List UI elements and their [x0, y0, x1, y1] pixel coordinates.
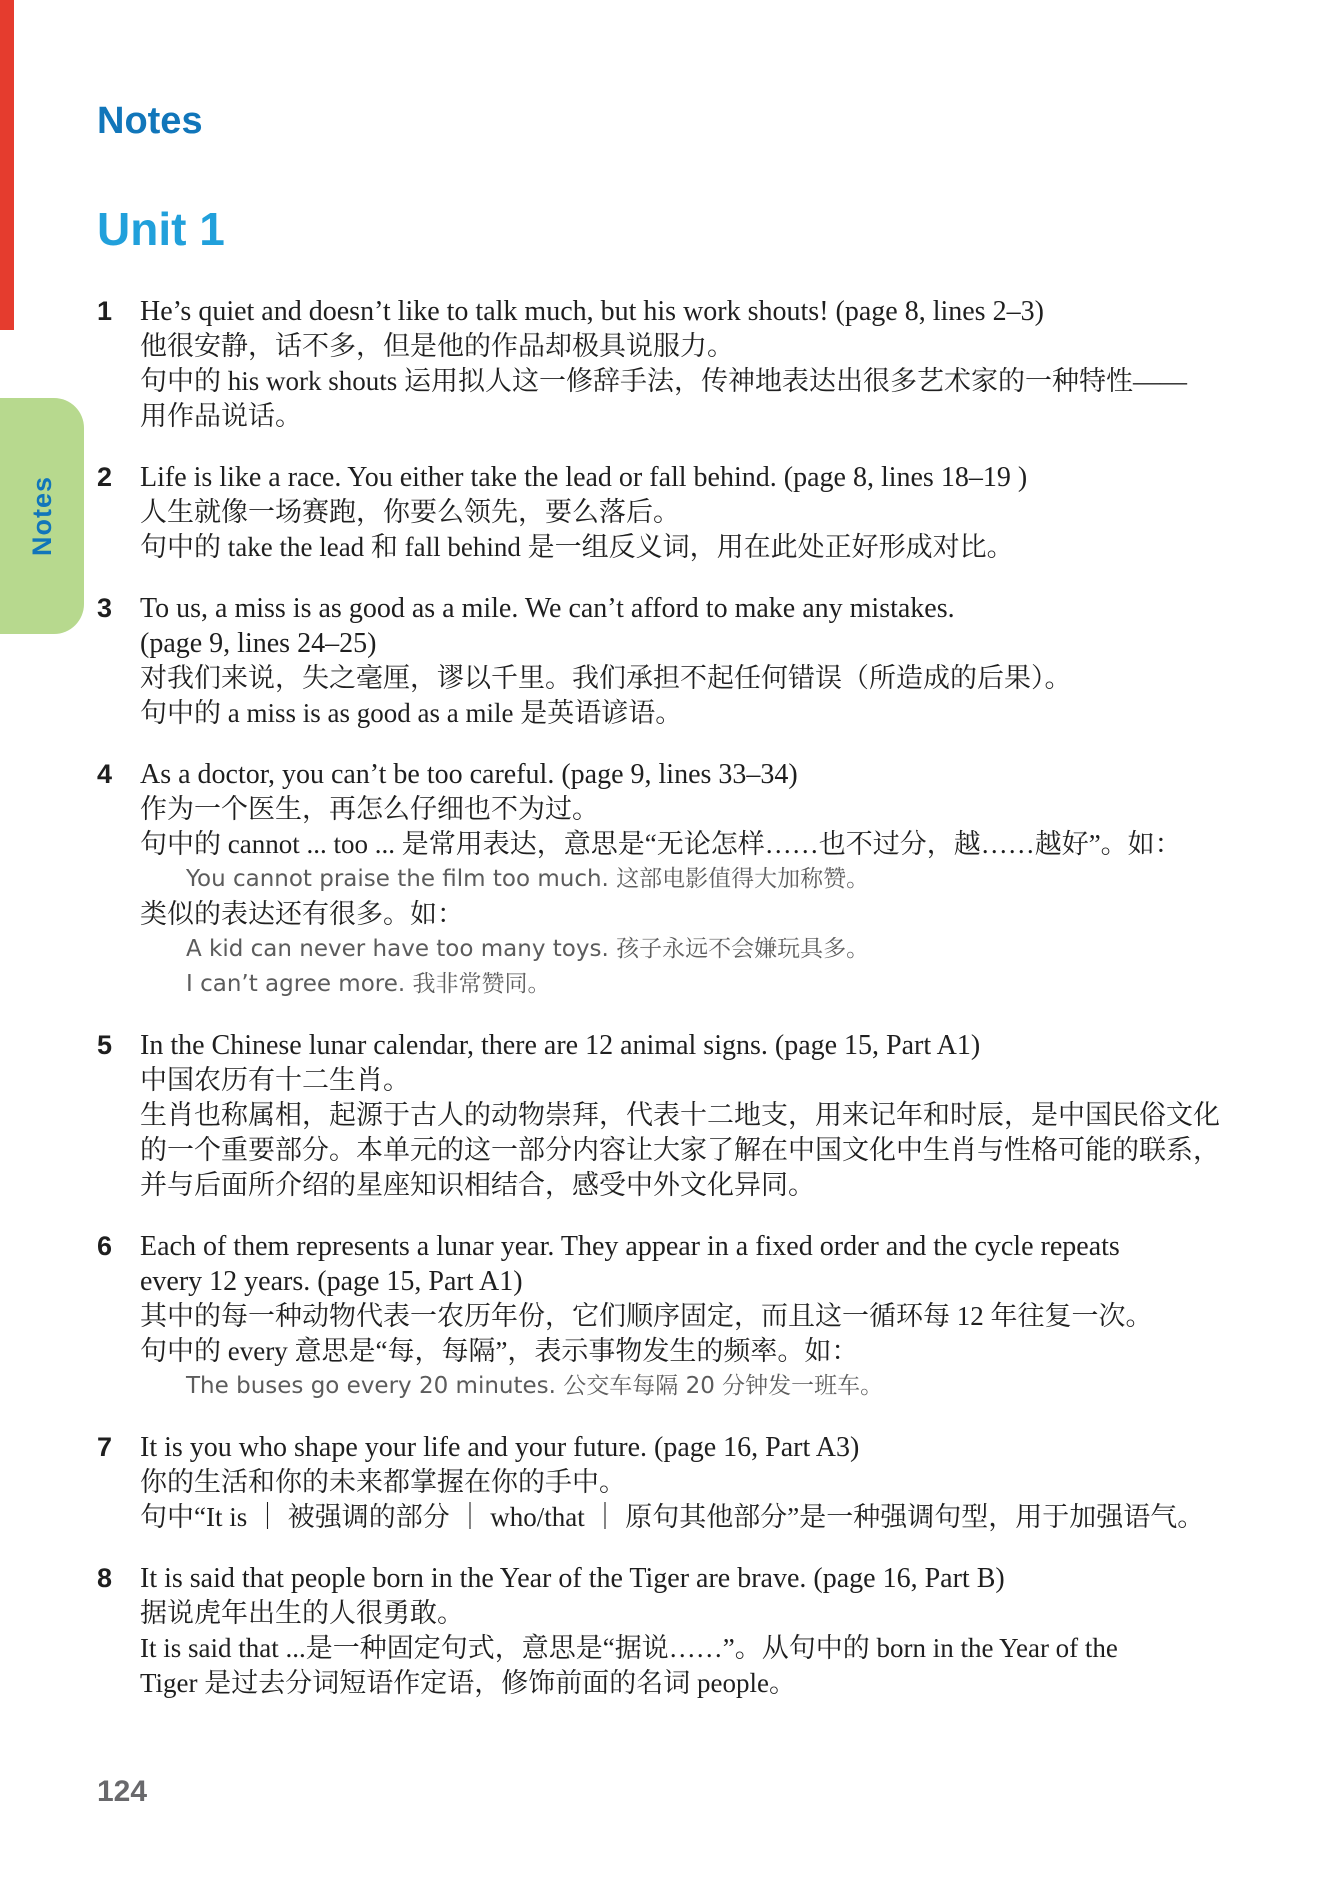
section-title: Notes — [97, 100, 1277, 142]
note-line: 句中的 his work shouts 运用拟人这一修辞手法，传神地表达出很多艺… — [140, 364, 1277, 399]
note-body: To us, a miss is as good as a mile. We c… — [140, 591, 1277, 731]
sidebar-tab-label: Notes — [27, 476, 58, 556]
note-line: (page 9, lines 24–25) — [140, 626, 1277, 661]
note-line: 他很安静，话不多，但是他的作品却极具说服力。 — [140, 329, 1277, 364]
note-body: It is said that people born in the Year … — [140, 1561, 1277, 1701]
note-line: Each of them represents a lunar year. Th… — [140, 1229, 1277, 1264]
note-body: Life is like a race. You either take the… — [140, 460, 1277, 565]
note-line: The buses go every 20 minutes. 公交车每隔 20 … — [140, 1369, 1277, 1404]
note-line: 你的生活和你的未来都掌握在你的手中。 — [140, 1465, 1277, 1500]
note-item: 1He’s quiet and doesn’t like to talk muc… — [97, 294, 1277, 434]
page-content: Notes Unit 1 1He’s quiet and doesn’t lik… — [97, 100, 1277, 1727]
note-line: 句中的 cannot ... too ... 是常用表达，意思是“无论怎样……也… — [140, 827, 1277, 862]
note-line: 中国农历有十二生肖。 — [140, 1063, 1277, 1098]
note-line: As a doctor, you can’t be too careful. (… — [140, 757, 1277, 792]
note-line: 的一个重要部分。本单元的这一部分内容让大家了解在中国文化中生肖与性格可能的联系， — [140, 1133, 1277, 1168]
note-line: 类似的表达还有很多。如： — [140, 897, 1277, 932]
note-line: 据说虎年出生的人很勇敢。 — [140, 1596, 1277, 1631]
note-line: 句中“It is ｜ 被强调的部分 ｜ who/that ｜ 原句其他部分”是一… — [140, 1500, 1277, 1535]
book-page: Notes Notes Unit 1 1He’s quiet and doesn… — [0, 0, 1332, 1885]
note-line: You cannot praise the film too much. 这部电… — [140, 862, 1277, 897]
note-item: 7It is you who shape your life and your … — [97, 1430, 1277, 1535]
note-item: 5In the Chinese lunar calendar, there ar… — [97, 1028, 1277, 1203]
note-line: I can’t agree more. 我非常赞同。 — [140, 967, 1277, 1002]
note-body: He’s quiet and doesn’t like to talk much… — [140, 294, 1277, 434]
note-line: 作为一个医生，再怎么仔细也不为过。 — [140, 792, 1277, 827]
note-line: To us, a miss is as good as a mile. We c… — [140, 591, 1277, 626]
note-line: A kid can never have too many toys. 孩子永远… — [140, 932, 1277, 967]
note-line: In the Chinese lunar calendar, there are… — [140, 1028, 1277, 1063]
note-body: It is you who shape your life and your f… — [140, 1430, 1277, 1535]
note-line: 人生就像一场赛跑，你要么领先，要么落后。 — [140, 495, 1277, 530]
note-number: 4 — [97, 757, 140, 1002]
note-line: It is you who shape your life and your f… — [140, 1430, 1277, 1465]
note-line: 句中的 take the lead 和 fall behind 是一组反义词，用… — [140, 530, 1277, 565]
notes-list: 1He’s quiet and doesn’t like to talk muc… — [97, 294, 1277, 1701]
note-number: 6 — [97, 1229, 140, 1404]
note-line: Life is like a race. You either take the… — [140, 460, 1277, 495]
red-edge-bar — [0, 0, 14, 330]
note-line: 其中的每一种动物代表一农历年份，它们顺序固定，而且这一循环每 12 年往复一次。 — [140, 1299, 1277, 1334]
note-line: 用作品说话。 — [140, 399, 1277, 434]
note-line: Tiger 是过去分词短语作定语，修饰前面的名词 people。 — [140, 1666, 1277, 1701]
note-item: 3To us, a miss is as good as a mile. We … — [97, 591, 1277, 731]
unit-title: Unit 1 — [97, 204, 1277, 254]
note-number: 5 — [97, 1028, 140, 1203]
note-body: As a doctor, you can’t be too careful. (… — [140, 757, 1277, 1002]
note-number: 1 — [97, 294, 140, 434]
note-body: Each of them represents a lunar year. Th… — [140, 1229, 1277, 1404]
note-line: It is said that people born in the Year … — [140, 1561, 1277, 1596]
note-item: 8It is said that people born in the Year… — [97, 1561, 1277, 1701]
note-number: 2 — [97, 460, 140, 565]
note-line: 生肖也称属相，起源于古人的动物崇拜，代表十二地支，用来记年和时辰，是中国民俗文化 — [140, 1098, 1277, 1133]
note-line: 句中的 every 意思是“每，每隔”，表示事物发生的频率。如： — [140, 1334, 1277, 1369]
note-number: 8 — [97, 1561, 140, 1701]
note-line: every 12 years. (page 15, Part A1) — [140, 1264, 1277, 1299]
note-line: 对我们来说，失之毫厘，谬以千里。我们承担不起任何错误（所造成的后果）。 — [140, 661, 1277, 696]
note-number: 3 — [97, 591, 140, 731]
note-line: 并与后面所介绍的星座知识相结合，感受中外文化异同。 — [140, 1168, 1277, 1203]
note-line: 句中的 a miss is as good as a mile 是英语谚语。 — [140, 696, 1277, 731]
note-body: In the Chinese lunar calendar, there are… — [140, 1028, 1277, 1203]
note-item: 2Life is like a race. You either take th… — [97, 460, 1277, 565]
note-item: 4As a doctor, you can’t be too careful. … — [97, 757, 1277, 1002]
note-number: 7 — [97, 1430, 140, 1535]
note-line: It is said that ...是一种固定句式，意思是“据说……”。从句中… — [140, 1631, 1277, 1666]
page-number: 124 — [97, 1775, 147, 1809]
sidebar-tab-notes: Notes — [0, 398, 84, 634]
note-item: 6Each of them represents a lunar year. T… — [97, 1229, 1277, 1404]
note-line: He’s quiet and doesn’t like to talk much… — [140, 294, 1277, 329]
